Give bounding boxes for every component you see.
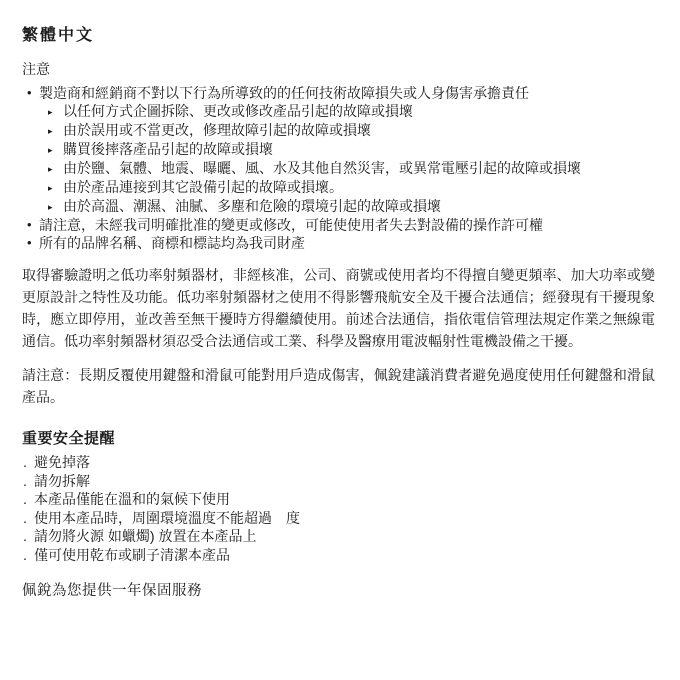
dot-bullet-icon: . <box>22 509 34 528</box>
list-item: . 避免掉落 <box>22 453 655 472</box>
warranty-statement: 佩銳為您提供一年保固服務 <box>22 579 655 600</box>
triangle-bullet-icon: ▸ <box>48 121 63 140</box>
liability-cause: 由於誤用或不當更改，修理故障引起的故障或損壞 <box>63 121 371 139</box>
list-item: . 本產品僅能在溫和的氣候下使用 <box>22 490 655 509</box>
list-item: ▸ 購買後摔落產品引起的故障或損壞 <box>22 140 655 159</box>
ergonomic-paragraph: 請注意：長期反覆使用鍵盤和滑鼠可能對用戶造成傷害，佩銳建議消費者避免過度使用任何… <box>22 364 655 408</box>
dot-bullet-icon: . <box>22 472 34 491</box>
triangle-bullet-icon: ▸ <box>48 102 63 121</box>
triangle-bullet-icon: ▸ <box>48 197 63 216</box>
list-item: • 請注意，未經我司明確批准的變更或修改，可能使使用者失去對設備的操作許可權 <box>22 216 655 234</box>
dot-bullet-icon: . <box>22 490 34 509</box>
list-item: . 請勿將火源 如蠟燭) 放置在本產品上 <box>22 527 655 546</box>
notice-list: • 製造商和經銷商不對以下行為所導致的的任何技術故障損失或人身傷害承擔責任 ▸ … <box>22 84 655 252</box>
safety-item: 僅可使用乾布或刷子清潔本產品 <box>34 546 230 565</box>
dot-bullet-icon: . <box>22 527 34 546</box>
liability-cause: 由於產品連接到其它設備引起的故障或損壞。 <box>63 178 343 196</box>
bullet-icon: • <box>27 234 39 252</box>
triangle-bullet-icon: ▸ <box>48 178 63 197</box>
list-item: . 僅可使用乾布或刷子清潔本產品 <box>22 546 655 565</box>
list-item: ▸ 以任何方式企圖拆除、更改或修改產品引起的故障或損壞 <box>22 102 655 121</box>
liability-cause: 由於高溫、潮濕、油膩、多塵和危險的環境引起的故障或損壞 <box>63 197 441 215</box>
regulatory-paragraph: 取得審驗證明之低功率射頻器材，非經核准，公司、商號或使用者均不得擅自變更頻率、加… <box>22 264 655 352</box>
list-item: . 使用本產品時，周圍環境溫度不能超過 度 <box>22 509 655 528</box>
list-item: ▸ 由於產品連接到其它設備引起的故障或損壞。 <box>22 178 655 197</box>
liability-cause: 購買後摔落產品引起的故障或損壞 <box>63 140 273 158</box>
notice-bullet: 所有的品牌名稱、商標和標誌均為我司財產 <box>39 234 305 252</box>
list-item: • 所有的品牌名稱、商標和標誌均為我司財產 <box>22 234 655 252</box>
bullet-icon: • <box>27 216 39 234</box>
safety-item: 本產品僅能在溫和的氣候下使用 <box>34 490 230 509</box>
manual-page: 繁體中文 注意 • 製造商和經銷商不對以下行為所導致的的任何技術故障損失或人身傷… <box>0 0 680 680</box>
dot-bullet-icon: . <box>22 546 34 565</box>
safety-item: 請勿拆解 <box>34 472 90 491</box>
dot-bullet-icon: . <box>22 453 34 472</box>
triangle-bullet-icon: ▸ <box>48 159 63 178</box>
safety-item: 使用本產品時，周圍環境溫度不能超過 度 <box>34 509 300 528</box>
notice-bullet: 請注意，未經我司明確批准的變更或修改，可能使使用者失去對設備的操作許可權 <box>39 216 543 234</box>
bullet-icon: • <box>27 84 39 102</box>
triangle-bullet-icon: ▸ <box>48 140 63 159</box>
page-title: 繁體中文 <box>22 22 655 45</box>
safety-list: . 避免掉落 . 請勿拆解 . 本產品僅能在溫和的氣候下使用 . 使用本產品時，… <box>22 453 655 564</box>
safety-heading: 重要安全提醒 <box>22 427 655 448</box>
liability-cause: 以任何方式企圖拆除、更改或修改產品引起的故障或損壞 <box>63 102 413 120</box>
list-item: ▸ 由於鹽、氣體、地震、曝曬、風、水及其他自然災害，或異常電壓引起的故障或損壞 <box>22 159 655 178</box>
list-item: ▸ 由於誤用或不當更改，修理故障引起的故障或損壞 <box>22 121 655 140</box>
list-item: . 請勿拆解 <box>22 472 655 491</box>
safety-item: 避免掉落 <box>34 453 90 472</box>
notice-heading: 注意 <box>22 59 655 79</box>
list-item: ▸ 由於高溫、潮濕、油膩、多塵和危險的環境引起的故障或損壞 <box>22 197 655 216</box>
liability-statement: 製造商和經銷商不對以下行為所導致的的任何技術故障損失或人身傷害承擔責任 <box>39 84 529 102</box>
safety-item: 請勿將火源 如蠟燭) 放置在本產品上 <box>34 527 256 546</box>
list-item: • 製造商和經銷商不對以下行為所導致的的任何技術故障損失或人身傷害承擔責任 <box>22 84 655 102</box>
liability-cause: 由於鹽、氣體、地震、曝曬、風、水及其他自然災害，或異常電壓引起的故障或損壞 <box>63 159 581 177</box>
